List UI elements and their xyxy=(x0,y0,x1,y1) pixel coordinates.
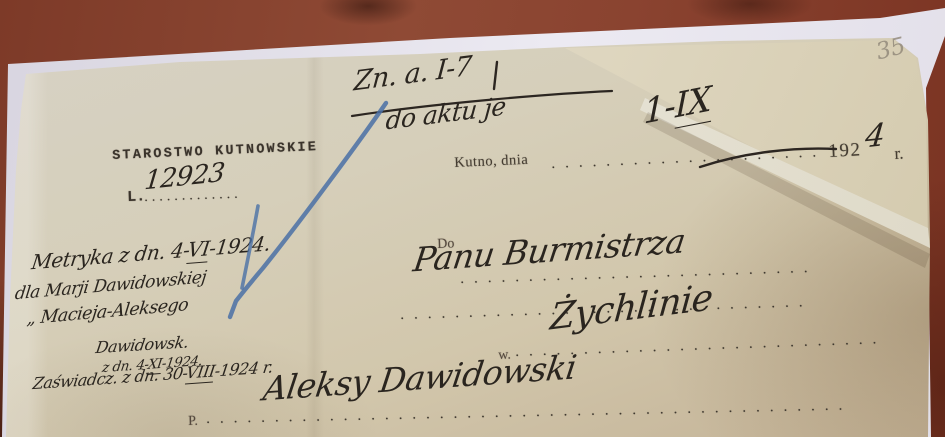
margin-note-line-1-post: -1924. xyxy=(208,231,272,260)
person-label: P. xyxy=(188,415,198,429)
date-month: IX xyxy=(675,79,712,129)
year-printed: 192 xyxy=(828,140,862,161)
place-date-label: Kutno, dnia xyxy=(454,153,529,171)
date-day: 1- xyxy=(643,86,675,133)
year-digit-handwritten: 4 xyxy=(864,120,886,154)
date-day-month-handwritten: 1-IX xyxy=(643,82,711,130)
year-suffix: r. xyxy=(894,145,904,162)
photo-of-document: STAROSTWO KUTNOWSKIE L. ............. 12… xyxy=(0,0,945,437)
margin-note-line-6-roman: VIII xyxy=(185,361,216,384)
